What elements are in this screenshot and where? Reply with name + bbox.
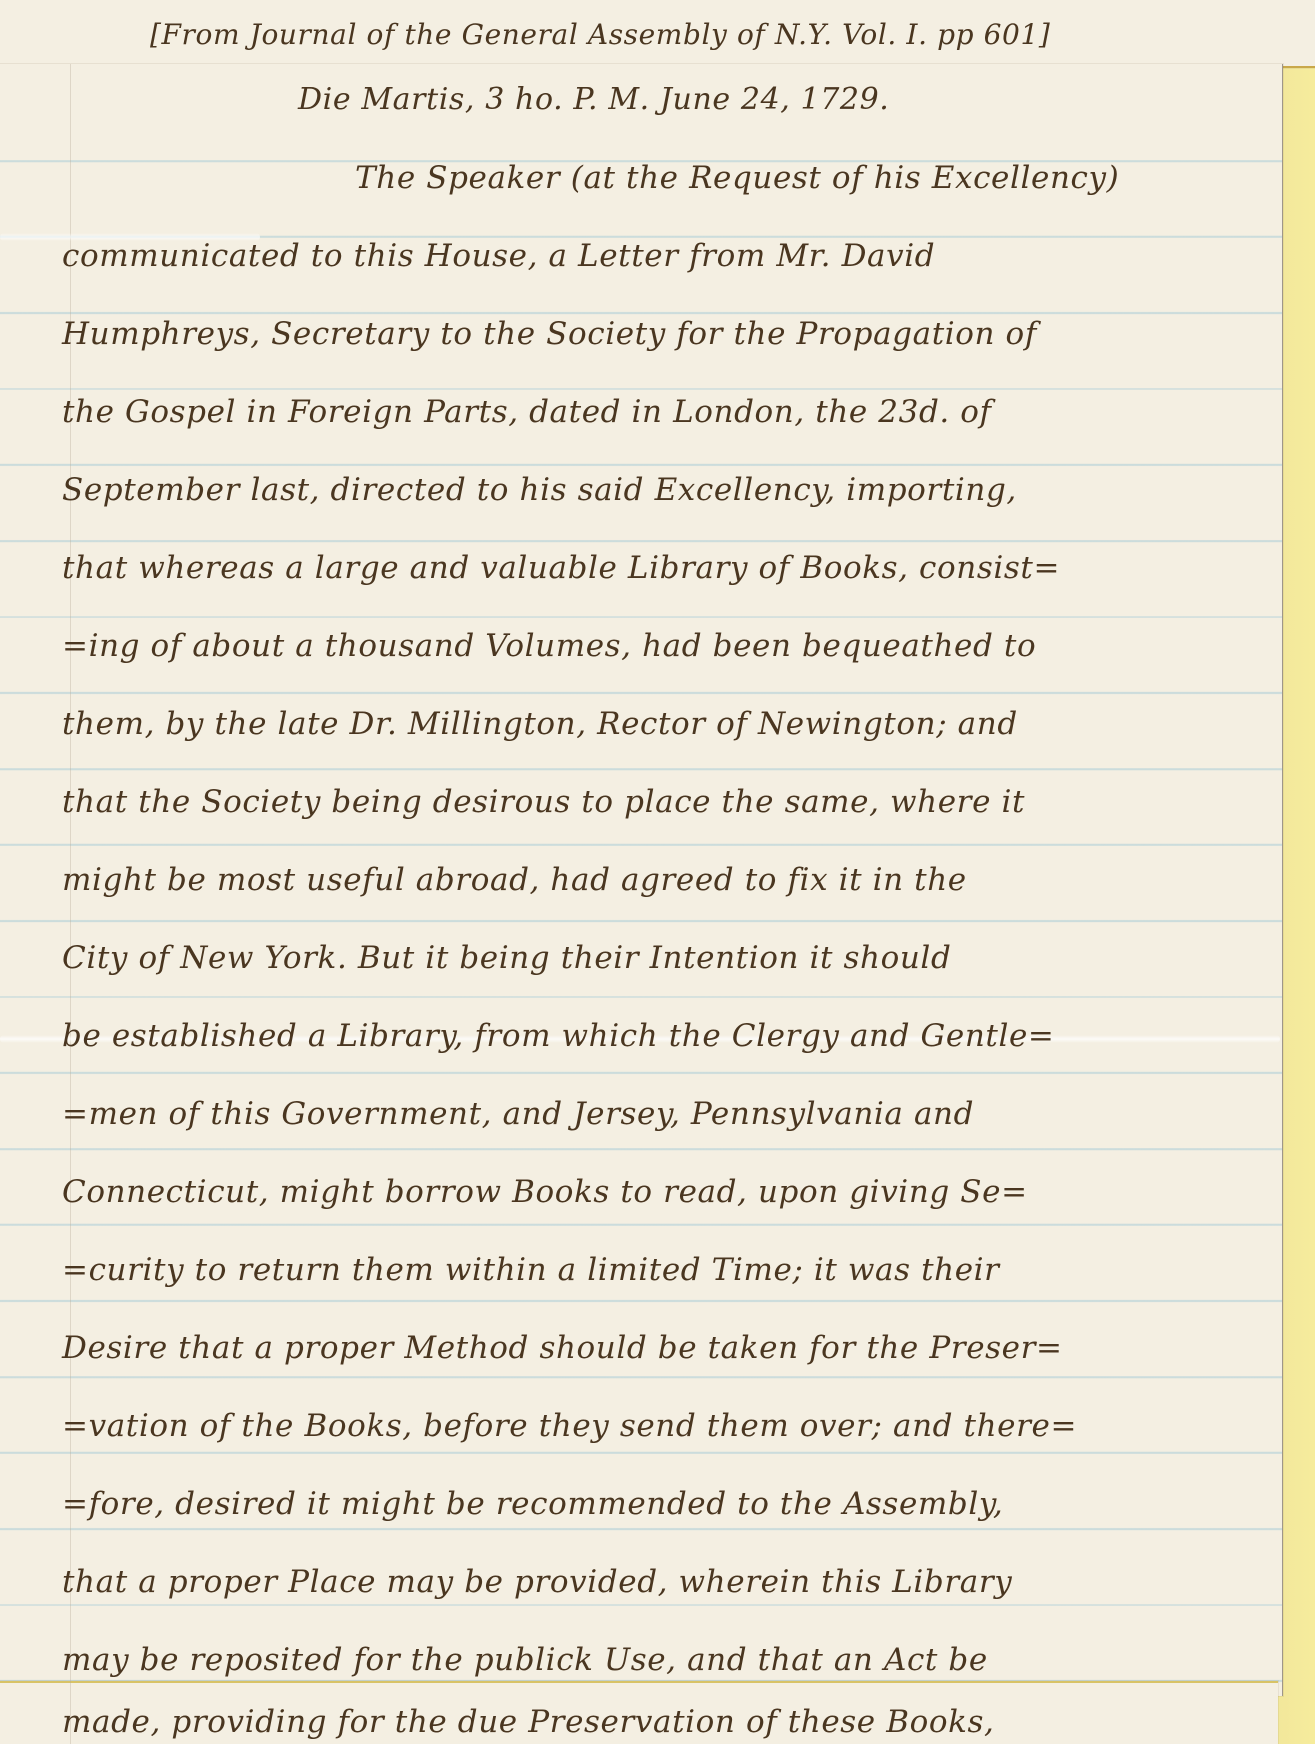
text-line: =curity to return them within a limited … [62, 1252, 1000, 1288]
text-line: =vation of the Books, before they send t… [62, 1408, 1077, 1444]
source-citation: [From Journal of the General Assembly of… [150, 18, 1050, 51]
text-line: Connecticut, might borrow Books to read,… [62, 1174, 1028, 1210]
text-line: =fore, desired it might be recommended t… [62, 1486, 1003, 1522]
text-line: that whereas a large and valuable Librar… [62, 550, 1060, 586]
text-line: may be reposited for the publick Use, an… [62, 1642, 988, 1678]
text-line: September last, directed to his said Exc… [62, 472, 1017, 508]
text-line: communicated to this House, a Letter fro… [62, 238, 935, 274]
text-line: =ing of about a thousand Volumes, had be… [62, 628, 1036, 664]
text-line: made, providing for the due Preservation… [62, 1704, 994, 1740]
dateline: Die Martis, 3 ho. P. M. June 24, 1729. [298, 82, 889, 117]
text-line: The Speaker (at the Request of his Excel… [355, 160, 1119, 196]
text-line: Humphreys, Secretary to the Society for … [62, 316, 1037, 352]
text-line: be established a Library, from which the… [62, 1018, 1054, 1054]
text-line: City of New York. But it being their Int… [62, 940, 951, 976]
text-line: them, by the late Dr. Millington, Rector… [62, 706, 1018, 742]
text-line: Desire that a proper Method should be ta… [62, 1330, 1063, 1366]
text-line: might be most useful abroad, had agreed … [62, 862, 967, 898]
text-line: that a proper Place may be provided, whe… [62, 1564, 1012, 1600]
text-line: that the Society being desirous to place… [62, 784, 1025, 820]
text-line: =men of this Government, and Jersey, Pen… [62, 1096, 974, 1132]
text-line: the Gospel in Foreign Parts, dated in Lo… [62, 394, 992, 430]
